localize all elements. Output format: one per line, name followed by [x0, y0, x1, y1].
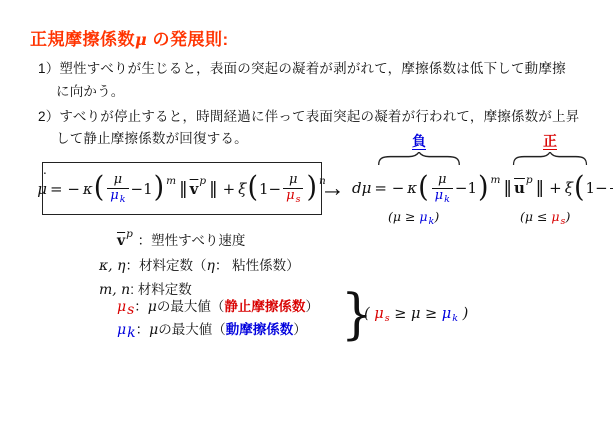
mu-range-expression: ( μs ≥ μ ≥ μk )	[364, 306, 468, 322]
plus-sign: +	[223, 180, 236, 198]
denominator-muk: μ	[110, 189, 118, 204]
range-open: (	[364, 306, 374, 322]
minus-one: −1	[131, 180, 153, 198]
cond-s-sub: s	[561, 216, 566, 227]
subscript-s: s	[296, 195, 301, 206]
range-mus: μ	[374, 306, 383, 322]
item2-line1: 2）すべりが停止すると，時間経過に伴って表面突起の凝着が行われて，摩擦係数が上昇	[38, 109, 579, 125]
definition-muk: μk：μの最大値（動摩擦係数）	[117, 318, 307, 338]
rate-equation: μ˙ = − κ ( μ μk −1 ) m ‖ v p ‖ + ξ ( 1− …	[37, 173, 327, 204]
range-muk: μ	[442, 306, 451, 322]
muk-text: の最大値（	[158, 322, 226, 337]
numerator-mu-2: μ	[289, 173, 297, 188]
range-mus-sub: s	[385, 313, 390, 324]
range-ge2: ≥	[420, 306, 441, 322]
item1-line1: 1）塑性すべりが生じると，表面の突起の凝着が剥がれて，摩擦係数は低下して動摩擦	[38, 61, 566, 77]
one-minus: 1−	[259, 180, 281, 198]
fraction-mu-mus: μ μs	[283, 173, 303, 204]
vp-superscript: p	[126, 228, 133, 240]
norm-bar-close: ‖	[209, 179, 218, 199]
close-paren-2: )	[306, 173, 317, 202]
fraction-mu-muk-2: μ μk	[432, 173, 453, 204]
mu-dot-symbol: μ˙	[37, 180, 47, 198]
xi-symbol-2: ξ	[565, 179, 573, 197]
equals-minus: = −	[50, 180, 80, 198]
definition-vp: vp ：塑性すべり速度	[117, 229, 245, 249]
xi-symbol: ξ	[238, 180, 246, 198]
exponent-m-2: m	[491, 174, 501, 186]
condition-mu-le-mus: (μ ≤ μs)	[520, 209, 570, 224]
eta-symbol: η	[206, 258, 214, 274]
equals-minus-2: = −	[374, 179, 404, 197]
mus-mu: μ	[148, 299, 157, 315]
cond-k-pre: (μ ≥	[388, 209, 419, 224]
kappa-text-1: ：材料定数（	[125, 258, 206, 273]
implies-arrow: →	[320, 176, 345, 201]
definition-kappa-eta: κ, η：材料定数（η： 粘性係数）	[99, 254, 300, 274]
slip-increment-vector: u	[514, 179, 525, 197]
minus-one-2: −1	[455, 179, 477, 197]
positive-term-label: 正	[512, 133, 588, 151]
title-text-pre: 正規摩擦係数	[30, 30, 135, 49]
cond-s-pre: (μ ≤	[520, 209, 551, 224]
item2-line2: して静止摩擦係数が回復する。	[56, 131, 248, 147]
overbrace-positive	[512, 152, 588, 165]
mus-subscript: s	[127, 302, 134, 318]
mus-close: ）	[305, 299, 319, 314]
page-title: 正規摩擦係数μ の発展則:	[30, 25, 229, 50]
item1-line2: に向かう。	[56, 84, 125, 100]
numerator-mu-3: μ	[438, 173, 446, 188]
kappa-eta-symbols: κ, η	[99, 258, 125, 274]
mus-symbol: μ	[117, 299, 126, 315]
close-paren-3: )	[478, 172, 489, 201]
kappa-symbol: κ	[83, 180, 93, 198]
condition-mu-ge-muk: (μ ≥ μk)	[388, 209, 439, 224]
fraction-mu-muk: μ μk	[107, 173, 128, 204]
superscript-p: p	[199, 175, 206, 187]
open-paren-2: (	[247, 173, 258, 202]
dot-accent: ˙	[41, 171, 48, 187]
vp-symbol: v	[117, 233, 125, 249]
range-ge1: ≥	[390, 306, 411, 322]
kappa-symbol-2: κ	[407, 179, 417, 197]
negative-term-label: 負	[377, 133, 461, 151]
kappa-text-2: ： 粘性係数）	[215, 258, 300, 273]
range-close: )	[458, 306, 468, 322]
plus-sign-2: +	[549, 179, 562, 197]
static-friction-label: 静止摩擦係数	[224, 299, 305, 314]
denominator-mus: μ	[286, 189, 294, 204]
definition-mus: μs：μの最大値（静止摩擦係数）	[117, 295, 319, 315]
rate-equation-box: μ˙ = − κ ( μ μk −1 ) m ‖ v p ‖ + ξ ( 1− …	[42, 162, 322, 215]
cond-k-sub: k	[429, 216, 435, 227]
title-mu-symbol: μ	[135, 30, 147, 49]
muk-mu: μ	[149, 322, 158, 338]
plastic-slip-velocity-vector: v	[190, 180, 199, 198]
muk-subscript: k	[127, 325, 135, 341]
negative-label-text: 負	[412, 134, 426, 150]
range-mu: μ	[411, 306, 420, 322]
numerator-mu: μ	[114, 173, 122, 188]
norm-bar-close-2: ‖	[536, 178, 545, 198]
range-muk-sub: k	[452, 313, 458, 324]
open-paren: (	[94, 173, 105, 202]
cond-s-mu: μ	[551, 209, 559, 224]
denominator-muk-2: μ	[435, 189, 443, 204]
norm-bar-open: ‖	[179, 179, 188, 199]
subscript-k: k	[120, 195, 126, 206]
title-text-post: の発展則:	[147, 30, 228, 49]
open-paren-4: (	[574, 172, 585, 201]
norm-bar-open-2: ‖	[504, 178, 513, 198]
vp-text: ：塑性すべり速度	[134, 233, 245, 248]
cond-k-mu: μ	[419, 209, 427, 224]
muk-sep: ：	[136, 322, 150, 337]
positive-label-text: 正	[543, 134, 557, 150]
overbrace-negative	[377, 152, 461, 165]
open-paren-3: (	[418, 172, 429, 201]
incremental-equation: dμ = − κ ( μ μk −1 ) m ‖ u p ‖ + ξ ( 1− …	[352, 166, 613, 210]
mus-sep: ：	[134, 299, 148, 314]
slide-canvas: 正規摩擦係数μ の発展則: 1）塑性すべりが生じると，表面の突起の凝着が剥がれて…	[0, 0, 613, 431]
kinetic-friction-label: 動摩擦係数	[226, 322, 294, 337]
cond-k-post: )	[434, 209, 439, 224]
muk-close: ）	[293, 322, 307, 337]
cond-s-post: )	[565, 209, 570, 224]
d-mu-symbol: dμ	[352, 179, 371, 197]
one-minus-2: 1−	[586, 179, 608, 197]
close-paren: )	[154, 173, 165, 202]
superscript-p-2: p	[526, 174, 533, 186]
exponent-m: m	[166, 175, 176, 187]
muk-symbol: μ	[117, 322, 126, 338]
mus-text: の最大値（	[157, 299, 225, 314]
subscript-k-2: k	[444, 195, 450, 206]
